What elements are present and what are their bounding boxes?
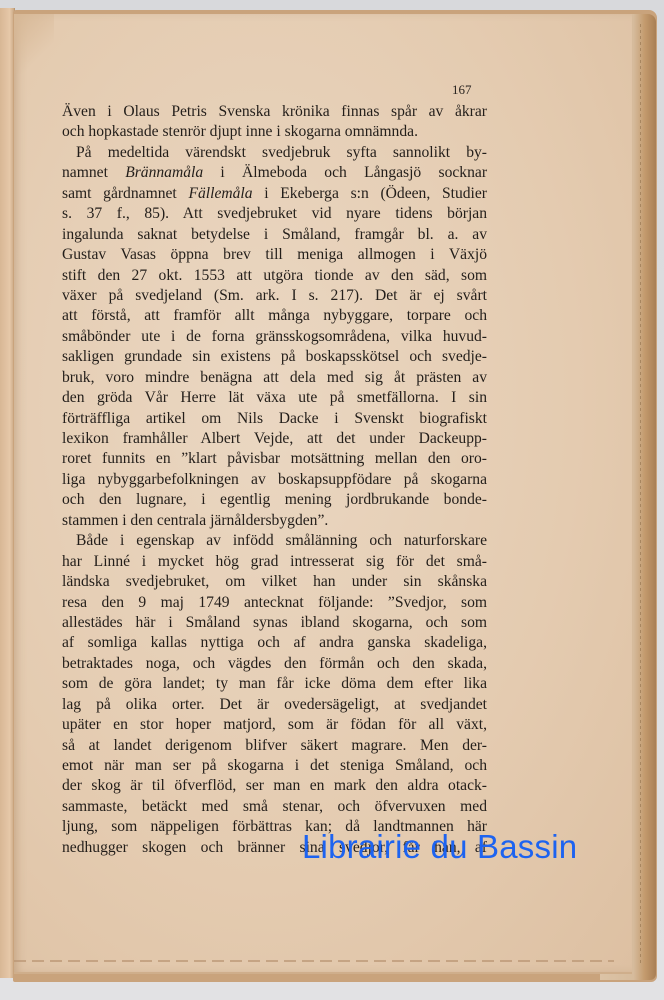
italic-place-name: Brännamåla — [125, 164, 203, 181]
body-text: Även i Olaus Petris Svenska krönika finn… — [62, 102, 487, 858]
text-line: af somliga kallas nyttiga och af andra g… — [62, 633, 487, 653]
text-segment: samt gårdnamnet — [62, 185, 188, 202]
text-line: stift den 27 okt. 1553 att utgöra tionde… — [62, 266, 487, 286]
text-line: samt gårdnamnet Fällemåla i Ekeberga s:n… — [62, 184, 487, 204]
page-corner-fold — [14, 14, 54, 74]
text-segment: namnet — [62, 164, 125, 181]
watermark-text: Librairie du Bassin — [302, 828, 577, 866]
text-line: der skog är til öfverflöd, ser man en ma… — [62, 776, 487, 796]
text-line: att förstå, att framför allt många nybyg… — [62, 306, 487, 326]
text-line: upäter en stor hoper matjord, som är föd… — [62, 715, 487, 735]
text-line: förträffliga artikel om Nils Dacke i Sve… — [62, 409, 487, 429]
text-line: emot när man ser på skogarna i det steni… — [62, 756, 487, 776]
text-line: allestädes här i Småland synas ibland sk… — [62, 613, 487, 633]
text-line: lexikon framhåller Albert Vejde, att det… — [62, 429, 487, 449]
italic-place-name: Fällemåla — [188, 185, 252, 202]
text-line: liga nybyggarbefolkningen av boskapsuppf… — [62, 470, 487, 490]
text-line: den gröda Vår Herre lät växa ute på smet… — [62, 388, 487, 408]
text-line: har Linné i mycket hög grad intresserat … — [62, 552, 487, 572]
text-line: lag på olika orter. Det är ovedersägelig… — [62, 695, 487, 715]
text-segment: i Älmeboda och Långasjö socknar — [203, 164, 487, 181]
text-line: s. 37 f., 85). Att svedjebruket vid nyar… — [62, 204, 487, 224]
text-line: småbönder ute i de forna gränsskogsområd… — [62, 327, 487, 347]
text-line: betraktades noga, och vägdes den förmån … — [62, 654, 487, 674]
text-line: namnet Brännamåla i Älmeboda och Långasj… — [62, 163, 487, 183]
text-line: På medeltida värendskt svedjebruk syfta … — [62, 143, 487, 163]
text-line: och hopkastade stenrör djupt inne i skog… — [62, 122, 487, 142]
text-line: och den lugnare, i egentlig mening jordb… — [62, 490, 487, 510]
text-line: bruk, voro mindre benägna att dela med s… — [62, 368, 487, 388]
text-line: ingalunda saknat betydelse i Småland, fr… — [62, 225, 487, 245]
page-number: 167 — [452, 82, 472, 98]
text-line: växer på svedjeland (Sm. ark. I s. 217).… — [62, 286, 487, 306]
page-bottom-edge — [14, 960, 614, 962]
text-line: Även i Olaus Petris Svenska krönika finn… — [62, 102, 487, 122]
text-line: roret funnits en ”klart påvisbar motsätt… — [62, 449, 487, 469]
text-line: så at landet derigenom blifver säkert ma… — [62, 736, 487, 756]
text-line: Både i egenskap av infödd smålänning och… — [62, 531, 487, 551]
text-line: Gustav Vasas öppna brev till meniga allm… — [62, 245, 487, 265]
text-line: ländska svedjebruket, om vilket han unde… — [62, 572, 487, 592]
text-line: som de göra landet; ty man får icke döma… — [62, 674, 487, 694]
text-segment: i Ekeberga s:n (Ödeen, Studier — [253, 185, 487, 202]
text-line: sakligen grundade sin existens på boskap… — [62, 347, 487, 367]
text-line: sammaste, betäckt med små stenar, och öf… — [62, 797, 487, 817]
text-line: resa den 9 maj 1749 antecknat följande: … — [62, 593, 487, 613]
text-line: stammen i den centrala järnåldersbygden”… — [62, 511, 487, 531]
